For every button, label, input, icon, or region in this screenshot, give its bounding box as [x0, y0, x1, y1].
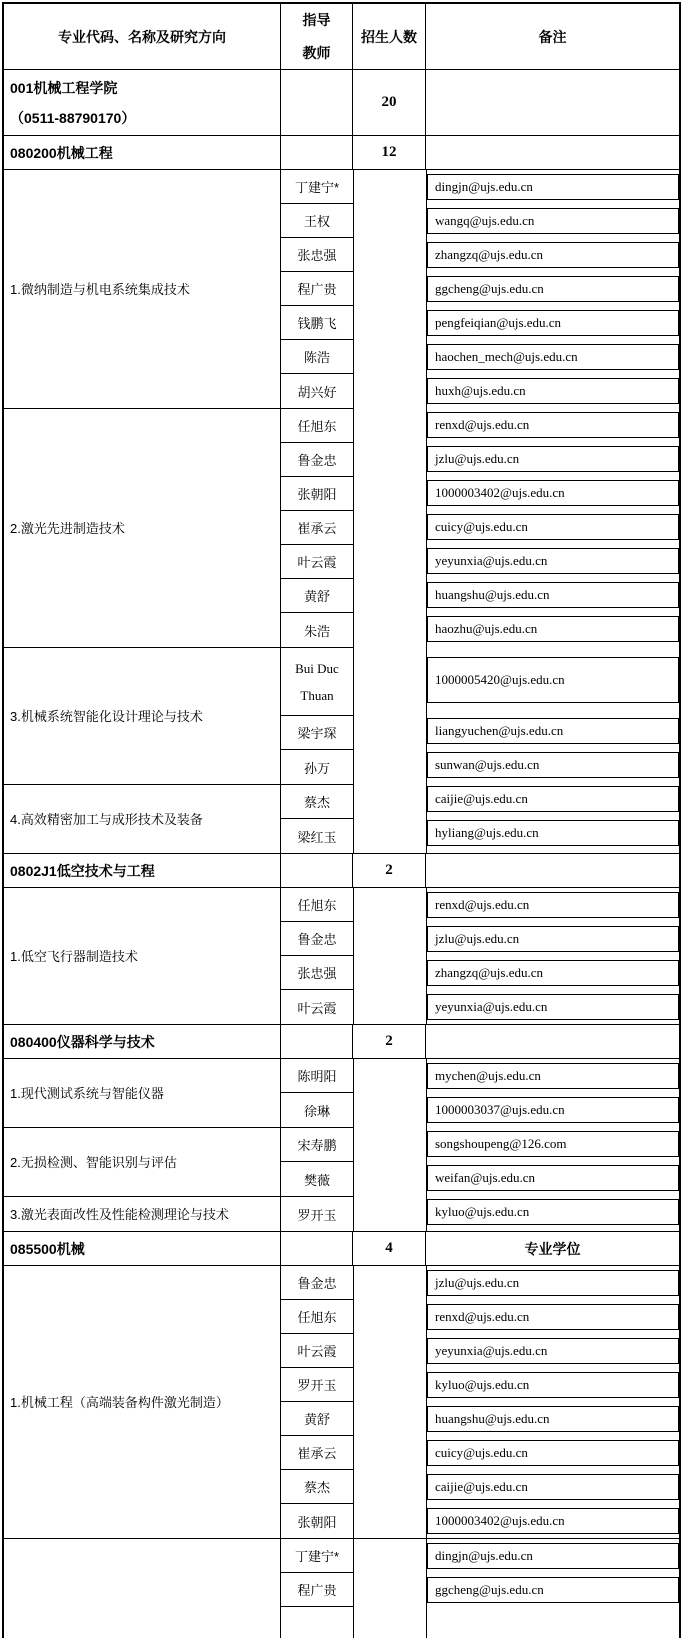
email-slot: haozhu@ujs.edu.cn — [427, 612, 679, 646]
teacher-name-column: 鲁金忠任旭东叶云霞罗开玉黄舒崔承云蔡杰张朝阳 — [281, 1266, 353, 1538]
note-cell: 专业学位 — [426, 1232, 679, 1265]
teacher-name-cell: 张朝阳 — [281, 1504, 353, 1538]
email-cell: renxd@ujs.edu.cn — [427, 1304, 679, 1330]
teacher-name-cell: 樊薇 — [281, 1162, 353, 1196]
email-cell: renxd@ujs.edu.cn — [427, 892, 679, 918]
email-cell: jzlu@ujs.edu.cn — [427, 1270, 679, 1296]
email-slot: renxd@ujs.edu.cn — [427, 408, 679, 442]
teacher-name-cell: 张忠强 — [281, 956, 353, 990]
email-slot: ggcheng@ujs.edu.cn — [427, 1573, 679, 1607]
email-slot: zhangzq@ujs.edu.cn — [427, 956, 679, 990]
major-code-text: 0802J1低空技术与工程 — [10, 861, 155, 881]
direction-cell: 1.微纳制造与机电系统集成技术 — [4, 170, 281, 408]
major-code-text: 001机械工程学院 — [10, 78, 117, 98]
email-cell: huangshu@ujs.edu.cn — [427, 582, 679, 608]
research-direction-group: 1.低空飞行器制造技术任旭东鲁金忠张忠强叶云霞 — [4, 888, 353, 1024]
research-direction-group: 2.激光先进制造技术任旭东鲁金忠张朝阳崔承云叶云霞黄舒朱浩 — [4, 409, 353, 648]
quota-cell: 2 — [353, 854, 426, 887]
email-slot: kyluo@ujs.edu.cn — [427, 1368, 679, 1402]
teacher-name-column: 宋寿鹏樊薇 — [281, 1128, 353, 1196]
teacher-section: 1.现代测试系统与智能仪器陈明阳徐琳2.无损检测、智能识别与评估宋寿鹏樊薇3.激… — [4, 1059, 679, 1232]
direction-and-names: 1.现代测试系统与智能仪器陈明阳徐琳2.无损检测、智能识别与评估宋寿鹏樊薇3.激… — [4, 1059, 354, 1231]
teacher-name-column: Bui Duc Thuan梁宇琛孙万 — [281, 648, 353, 784]
email-slot: huxh@ujs.edu.cn — [427, 374, 679, 408]
header-advisor-line1: 指导 — [303, 10, 331, 30]
email-slot: dingjn@ujs.edu.cn — [427, 1539, 679, 1573]
teacher-name-cell: 孙万 — [281, 750, 353, 784]
email-cell: haozhu@ujs.edu.cn — [427, 616, 679, 642]
quota-empty-cell — [354, 888, 427, 1024]
email-slot: kyluo@ujs.edu.cn — [427, 1195, 679, 1229]
major-code-cell: 001机械工程学院（0511-88790170） — [4, 70, 281, 135]
teacher-name-cell: 叶云霞 — [281, 990, 353, 1024]
direction-cell: 4.高效精密加工与成形技术及装备 — [4, 785, 281, 853]
research-direction-group: 4.高效精密加工与成形技术及装备蔡杰梁红玉 — [4, 785, 353, 853]
quota-cell: 12 — [353, 136, 426, 169]
quota-cell: 2 — [353, 1025, 426, 1058]
email-slot: huangshu@ujs.edu.cn — [427, 1402, 679, 1436]
header-note-column: 备注 — [426, 4, 679, 69]
email-slot — [427, 1607, 679, 1638]
teacher-name-cell: 蔡杰 — [281, 785, 353, 819]
email-cell: 1000005420@ujs.edu.cn — [427, 657, 679, 703]
email-cell: hyliang@ujs.edu.cn — [427, 820, 679, 846]
email-cell: wangq@ujs.edu.cn — [427, 208, 679, 234]
email-cell: 1000003402@ujs.edu.cn — [427, 1508, 679, 1534]
major-code-text: 085500机械 — [10, 1239, 85, 1259]
email-cell: haochen_mech@ujs.edu.cn — [427, 344, 679, 370]
teacher-name-column: 丁建宁*王权张忠强程广贵钱鹏飞陈浩胡兴好 — [281, 170, 353, 408]
email-cell: huxh@ujs.edu.cn — [427, 378, 679, 404]
quota-cell: 4 — [353, 1232, 426, 1265]
teacher-name-cell: 程广贵 — [281, 272, 353, 306]
admissions-table: 专业代码、名称及研究方向 指导 教师 招生人数 备注 001机械工程学院（051… — [2, 2, 681, 1638]
teacher-name-cell: 王权 — [281, 204, 353, 238]
teacher-name-column: 陈明阳徐琳 — [281, 1059, 353, 1127]
teacher-name-cell: 任旭东 — [281, 888, 353, 922]
major-code-text: 080200机械工程 — [10, 143, 113, 163]
header-major-column: 专业代码、名称及研究方向 — [4, 4, 281, 69]
header-advisor-column: 指导 教师 — [281, 4, 353, 69]
email-cell: huangshu@ujs.edu.cn — [427, 1406, 679, 1432]
teacher-name-column: 丁建宁*程广贵 — [281, 1539, 353, 1638]
teacher-name-cell: 徐琳 — [281, 1093, 353, 1127]
teacher-name-cell: 鲁金忠 — [281, 1266, 353, 1300]
email-slot: yeyunxia@ujs.edu.cn — [427, 1334, 679, 1368]
email-cell: mychen@ujs.edu.cn — [427, 1063, 679, 1089]
teacher-name-cell: 罗开玉 — [281, 1368, 353, 1402]
email-column: dingjn@ujs.edu.cnwangq@ujs.edu.cnzhangzq… — [427, 170, 679, 853]
teacher-name-cell: 张朝阳 — [281, 477, 353, 511]
email-cell: kyluo@ujs.edu.cn — [427, 1199, 679, 1225]
email-cell: songshoupeng@126.com — [427, 1131, 679, 1157]
major-code-cell: 0802J1低空技术与工程 — [4, 854, 281, 887]
email-cell: jzlu@ujs.edu.cn — [427, 926, 679, 952]
email-cell: liangyuchen@ujs.edu.cn — [427, 718, 679, 744]
teacher-name-cell: 梁红玉 — [281, 819, 353, 853]
teacher-name-cell: 钱鹏飞 — [281, 306, 353, 340]
research-direction-group: 丁建宁*程广贵 — [4, 1539, 353, 1638]
email-slot: haochen_mech@ujs.edu.cn — [427, 340, 679, 374]
code-row: 0802J1低空技术与工程2 — [4, 854, 679, 888]
teacher-name-cell: 任旭东 — [281, 409, 353, 443]
email-column: mychen@ujs.edu.cn1000003037@ujs.edu.cnso… — [427, 1059, 679, 1231]
header-quota-column: 招生人数 — [353, 4, 426, 69]
email-slot: zhangzq@ujs.edu.cn — [427, 238, 679, 272]
email-cell: zhangzq@ujs.edu.cn — [427, 242, 679, 268]
header-advisor-line2: 教师 — [303, 43, 331, 63]
advisor-empty-cell — [281, 854, 353, 887]
note-cell — [426, 1025, 679, 1058]
teacher-name-cell: 陈明阳 — [281, 1059, 353, 1093]
email-cell: yeyunxia@ujs.edu.cn — [427, 548, 679, 574]
email-slot: dingjn@ujs.edu.cn — [427, 170, 679, 204]
email-slot: mychen@ujs.edu.cn — [427, 1059, 679, 1093]
direction-and-names: 1.微纳制造与机电系统集成技术丁建宁*王权张忠强程广贵钱鹏飞陈浩胡兴好2.激光先… — [4, 170, 354, 853]
teacher-name-cell: 胡兴好 — [281, 374, 353, 408]
email-cell: ggcheng@ujs.edu.cn — [427, 276, 679, 302]
email-cell: 1000003402@ujs.edu.cn — [427, 480, 679, 506]
code-row: 080200机械工程12 — [4, 136, 679, 170]
teacher-section: 1.低空飞行器制造技术任旭东鲁金忠张忠强叶云霞renxd@ujs.edu.cnj… — [4, 888, 679, 1025]
email-cell: jzlu@ujs.edu.cn — [427, 446, 679, 472]
code-row: 080400仪器科学与技术2 — [4, 1025, 679, 1059]
teacher-name-column: 蔡杰梁红玉 — [281, 785, 353, 853]
email-slot: 1000003402@ujs.edu.cn — [427, 1504, 679, 1538]
email-slot: caijie@ujs.edu.cn — [427, 782, 679, 816]
quota-empty-cell — [354, 1266, 427, 1538]
teacher-name-cell: 任旭东 — [281, 1300, 353, 1334]
direction-cell: 3.机械系统智能化设计理论与技术 — [4, 648, 281, 784]
email-slot: renxd@ujs.edu.cn — [427, 888, 679, 922]
major-code-cell: 080400仪器科学与技术 — [4, 1025, 281, 1058]
email-cell: weifan@ujs.edu.cn — [427, 1165, 679, 1191]
email-cell: cuicy@ujs.edu.cn — [427, 1440, 679, 1466]
email-slot: 1000005420@ujs.edu.cn — [427, 646, 679, 714]
email-slot: 1000003037@ujs.edu.cn — [427, 1093, 679, 1127]
research-direction-group: 2.无损检测、智能识别与评估宋寿鹏樊薇 — [4, 1128, 353, 1197]
email-cell: 1000003037@ujs.edu.cn — [427, 1097, 679, 1123]
research-direction-group: 3.激光表面改性及性能检测理论与技术罗开玉 — [4, 1197, 353, 1231]
teacher-name-cell: 朱浩 — [281, 613, 353, 647]
email-cell: yeyunxia@ujs.edu.cn — [427, 1338, 679, 1364]
email-slot: ggcheng@ujs.edu.cn — [427, 272, 679, 306]
email-slot: yeyunxia@ujs.edu.cn — [427, 990, 679, 1024]
major-code-text: 080400仪器科学与技术 — [10, 1032, 155, 1052]
direction-cell: 1.低空飞行器制造技术 — [4, 888, 281, 1024]
email-slot: hyliang@ujs.edu.cn — [427, 816, 679, 850]
quota-empty-cell — [354, 170, 427, 853]
teacher-name-cell: 叶云霞 — [281, 545, 353, 579]
email-cell: caijie@ujs.edu.cn — [427, 786, 679, 812]
email-slot: weifan@ujs.edu.cn — [427, 1161, 679, 1195]
email-slot: cuicy@ujs.edu.cn — [427, 510, 679, 544]
major-code-text: （0511-88790170） — [10, 108, 135, 128]
teacher-name-cell: 梁宇琛 — [281, 716, 353, 750]
direction-and-names: 1.机械工程（高端装备构件激光制造）鲁金忠任旭东叶云霞罗开玉黄舒崔承云蔡杰张朝阳 — [4, 1266, 354, 1538]
teacher-name-cell: 鲁金忠 — [281, 922, 353, 956]
direction-cell: 3.激光表面改性及性能检测理论与技术 — [4, 1197, 281, 1231]
teacher-name-column: 任旭东鲁金忠张朝阳崔承云叶云霞黄舒朱浩 — [281, 409, 353, 647]
direction-cell: 1.机械工程（高端装备构件激光制造） — [4, 1266, 281, 1538]
quota-empty-cell — [354, 1059, 427, 1231]
email-column: jzlu@ujs.edu.cnrenxd@ujs.edu.cnyeyunxia@… — [427, 1266, 679, 1538]
email-slot: huangshu@ujs.edu.cn — [427, 578, 679, 612]
direction-cell: 2.无损检测、智能识别与评估 — [4, 1128, 281, 1196]
quota-cell: 20 — [353, 70, 426, 135]
teacher-name-cell: 罗开玉 — [281, 1197, 353, 1231]
teacher-section: 丁建宁*程广贵dingjn@ujs.edu.cnggcheng@ujs.edu.… — [4, 1539, 679, 1638]
email-cell: yeyunxia@ujs.edu.cn — [427, 994, 679, 1020]
note-cell — [426, 70, 679, 135]
email-slot: sunwan@ujs.edu.cn — [427, 748, 679, 782]
email-slot: jzlu@ujs.edu.cn — [427, 1266, 679, 1300]
teacher-name-cell: 宋寿鹏 — [281, 1128, 353, 1162]
teacher-name-cell: 蔡杰 — [281, 1470, 353, 1504]
advisor-empty-cell — [281, 1232, 353, 1265]
research-direction-group: 1.微纳制造与机电系统集成技术丁建宁*王权张忠强程广贵钱鹏飞陈浩胡兴好 — [4, 170, 353, 409]
quota-empty-cell — [354, 1539, 427, 1638]
email-slot: jzlu@ujs.edu.cn — [427, 442, 679, 476]
teacher-name-column: 任旭东鲁金忠张忠强叶云霞 — [281, 888, 353, 1024]
email-cell: ggcheng@ujs.edu.cn — [427, 1577, 679, 1603]
teacher-name-cell: 鲁金忠 — [281, 443, 353, 477]
email-cell: zhangzq@ujs.edu.cn — [427, 960, 679, 986]
email-slot: pengfeiqian@ujs.edu.cn — [427, 306, 679, 340]
teacher-section: 1.机械工程（高端装备构件激光制造）鲁金忠任旭东叶云霞罗开玉黄舒崔承云蔡杰张朝阳… — [4, 1266, 679, 1539]
teacher-name-cell: 崔承云 — [281, 1436, 353, 1470]
teacher-name-cell: 程广贵 — [281, 1573, 353, 1607]
direction-cell: 1.现代测试系统与智能仪器 — [4, 1059, 281, 1127]
email-cell: dingjn@ujs.edu.cn — [427, 174, 679, 200]
email-cell: renxd@ujs.edu.cn — [427, 412, 679, 438]
teacher-name-cell: 丁建宁* — [281, 1539, 353, 1573]
code-row: 001机械工程学院（0511-88790170）20 — [4, 70, 679, 136]
email-slot: liangyuchen@ujs.edu.cn — [427, 714, 679, 748]
email-cell: caijie@ujs.edu.cn — [427, 1474, 679, 1500]
direction-and-names: 丁建宁*程广贵 — [4, 1539, 354, 1638]
direction-and-names: 1.低空飞行器制造技术任旭东鲁金忠张忠强叶云霞 — [4, 888, 354, 1024]
email-slot: yeyunxia@ujs.edu.cn — [427, 544, 679, 578]
email-cell: cuicy@ujs.edu.cn — [427, 514, 679, 540]
email-slot: caijie@ujs.edu.cn — [427, 1470, 679, 1504]
teacher-name-cell: 陈浩 — [281, 340, 353, 374]
email-slot: songshoupeng@126.com — [427, 1127, 679, 1161]
teacher-name-cell: 黄舒 — [281, 579, 353, 613]
teacher-name-cell: Bui Duc Thuan — [281, 648, 353, 716]
email-slot: wangq@ujs.edu.cn — [427, 204, 679, 238]
note-cell — [426, 136, 679, 169]
major-code-cell: 080200机械工程 — [4, 136, 281, 169]
research-direction-group: 3.机械系统智能化设计理论与技术Bui Duc Thuan梁宇琛孙万 — [4, 648, 353, 785]
advisor-empty-cell — [281, 136, 353, 169]
advisor-empty-cell — [281, 1025, 353, 1058]
email-column: renxd@ujs.edu.cnjzlu@ujs.edu.cnzhangzq@u… — [427, 888, 679, 1024]
email-slot: cuicy@ujs.edu.cn — [427, 1436, 679, 1470]
major-code-cell: 085500机械 — [4, 1232, 281, 1265]
note-cell — [426, 854, 679, 887]
teacher-name-cell — [281, 1607, 353, 1638]
teacher-name-column: 罗开玉 — [281, 1197, 353, 1231]
email-cell: sunwan@ujs.edu.cn — [427, 752, 679, 778]
email-slot: renxd@ujs.edu.cn — [427, 1300, 679, 1334]
research-direction-group: 1.现代测试系统与智能仪器陈明阳徐琳 — [4, 1059, 353, 1128]
email-slot: jzlu@ujs.edu.cn — [427, 922, 679, 956]
email-cell: dingjn@ujs.edu.cn — [427, 1543, 679, 1569]
teacher-name-cell: 丁建宁* — [281, 170, 353, 204]
table-header-row: 专业代码、名称及研究方向 指导 教师 招生人数 备注 — [4, 4, 679, 70]
teacher-name-cell: 张忠强 — [281, 238, 353, 272]
teacher-section: 1.微纳制造与机电系统集成技术丁建宁*王权张忠强程广贵钱鹏飞陈浩胡兴好2.激光先… — [4, 170, 679, 854]
teacher-name-cell: 崔承云 — [281, 511, 353, 545]
email-column: dingjn@ujs.edu.cnggcheng@ujs.edu.cn — [427, 1539, 679, 1638]
advisor-empty-cell — [281, 70, 353, 135]
direction-cell — [4, 1539, 281, 1638]
email-slot: 1000003402@ujs.edu.cn — [427, 476, 679, 510]
teacher-name-cell: 黄舒 — [281, 1402, 353, 1436]
research-direction-group: 1.机械工程（高端装备构件激光制造）鲁金忠任旭东叶云霞罗开玉黄舒崔承云蔡杰张朝阳 — [4, 1266, 353, 1538]
email-cell: pengfeiqian@ujs.edu.cn — [427, 310, 679, 336]
table-body: 001机械工程学院（0511-88790170）20080200机械工程121.… — [4, 70, 679, 1638]
teacher-name-cell: 叶云霞 — [281, 1334, 353, 1368]
direction-cell: 2.激光先进制造技术 — [4, 409, 281, 647]
code-row: 085500机械4专业学位 — [4, 1232, 679, 1266]
email-cell: kyluo@ujs.edu.cn — [427, 1372, 679, 1398]
